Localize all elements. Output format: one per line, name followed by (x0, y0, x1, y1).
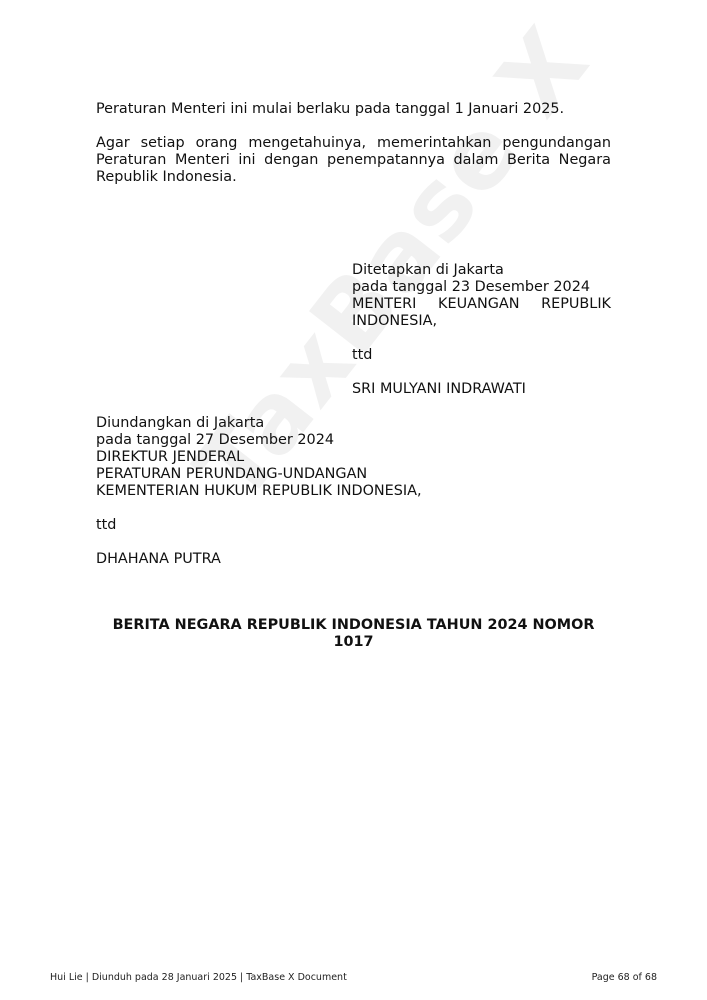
footer-page-number: Page 68 of 68 (592, 972, 657, 983)
footer-download-info: Hui Lie | Diunduh pada 28 Januari 2025 |… (50, 972, 347, 983)
minister-signature-block: Ditetapkan di Jakarta pada tanggal 23 De… (352, 262, 611, 398)
signature-title-line-1: MENTERI KEUANGAN REPUBLIK (352, 296, 611, 313)
promulgation-title-line-1: DIREKTUR JENDERAL (96, 449, 611, 466)
promulgation-place: Diundangkan di Jakarta (96, 415, 611, 432)
promulgation-signatory-name: DHAHANA PUTRA (96, 551, 611, 568)
promulgation-signature-block: Diundangkan di Jakarta pada tanggal 27 D… (96, 415, 611, 568)
gazette-line-2: 1017 (96, 634, 611, 651)
gazette-line-1: BERITA NEGARA REPUBLIK INDONESIA TAHUN 2… (96, 617, 611, 634)
title-word: REPUBLIK (541, 296, 611, 313)
signatory-name: SRI MULYANI INDRAWATI (352, 381, 611, 398)
title-word: MENTERI (352, 296, 416, 313)
effective-date-paragraph: Peraturan Menteri ini mulai berlaku pada… (96, 101, 611, 118)
signature-date: pada tanggal 23 Desember 2024 (352, 279, 611, 296)
promulgation-title-line-2: PERATURAN PERUNDANG-UNDANGAN (96, 466, 611, 483)
signature-ttd: ttd (352, 347, 611, 364)
gazette-reference: BERITA NEGARA REPUBLIK INDONESIA TAHUN 2… (96, 617, 611, 651)
promulgation-title-line-3: KEMENTERIAN HUKUM REPUBLIK INDONESIA, (96, 483, 611, 500)
promulgation-date: pada tanggal 27 Desember 2024 (96, 432, 611, 449)
signature-title-line-2: INDONESIA, (352, 313, 611, 330)
promulgation-order-paragraph: Agar setiap orang mengetahuinya, memerin… (96, 135, 611, 186)
promulgation-ttd: ttd (96, 517, 611, 534)
title-word: KEUANGAN (438, 296, 519, 313)
signature-place: Ditetapkan di Jakarta (352, 262, 611, 279)
